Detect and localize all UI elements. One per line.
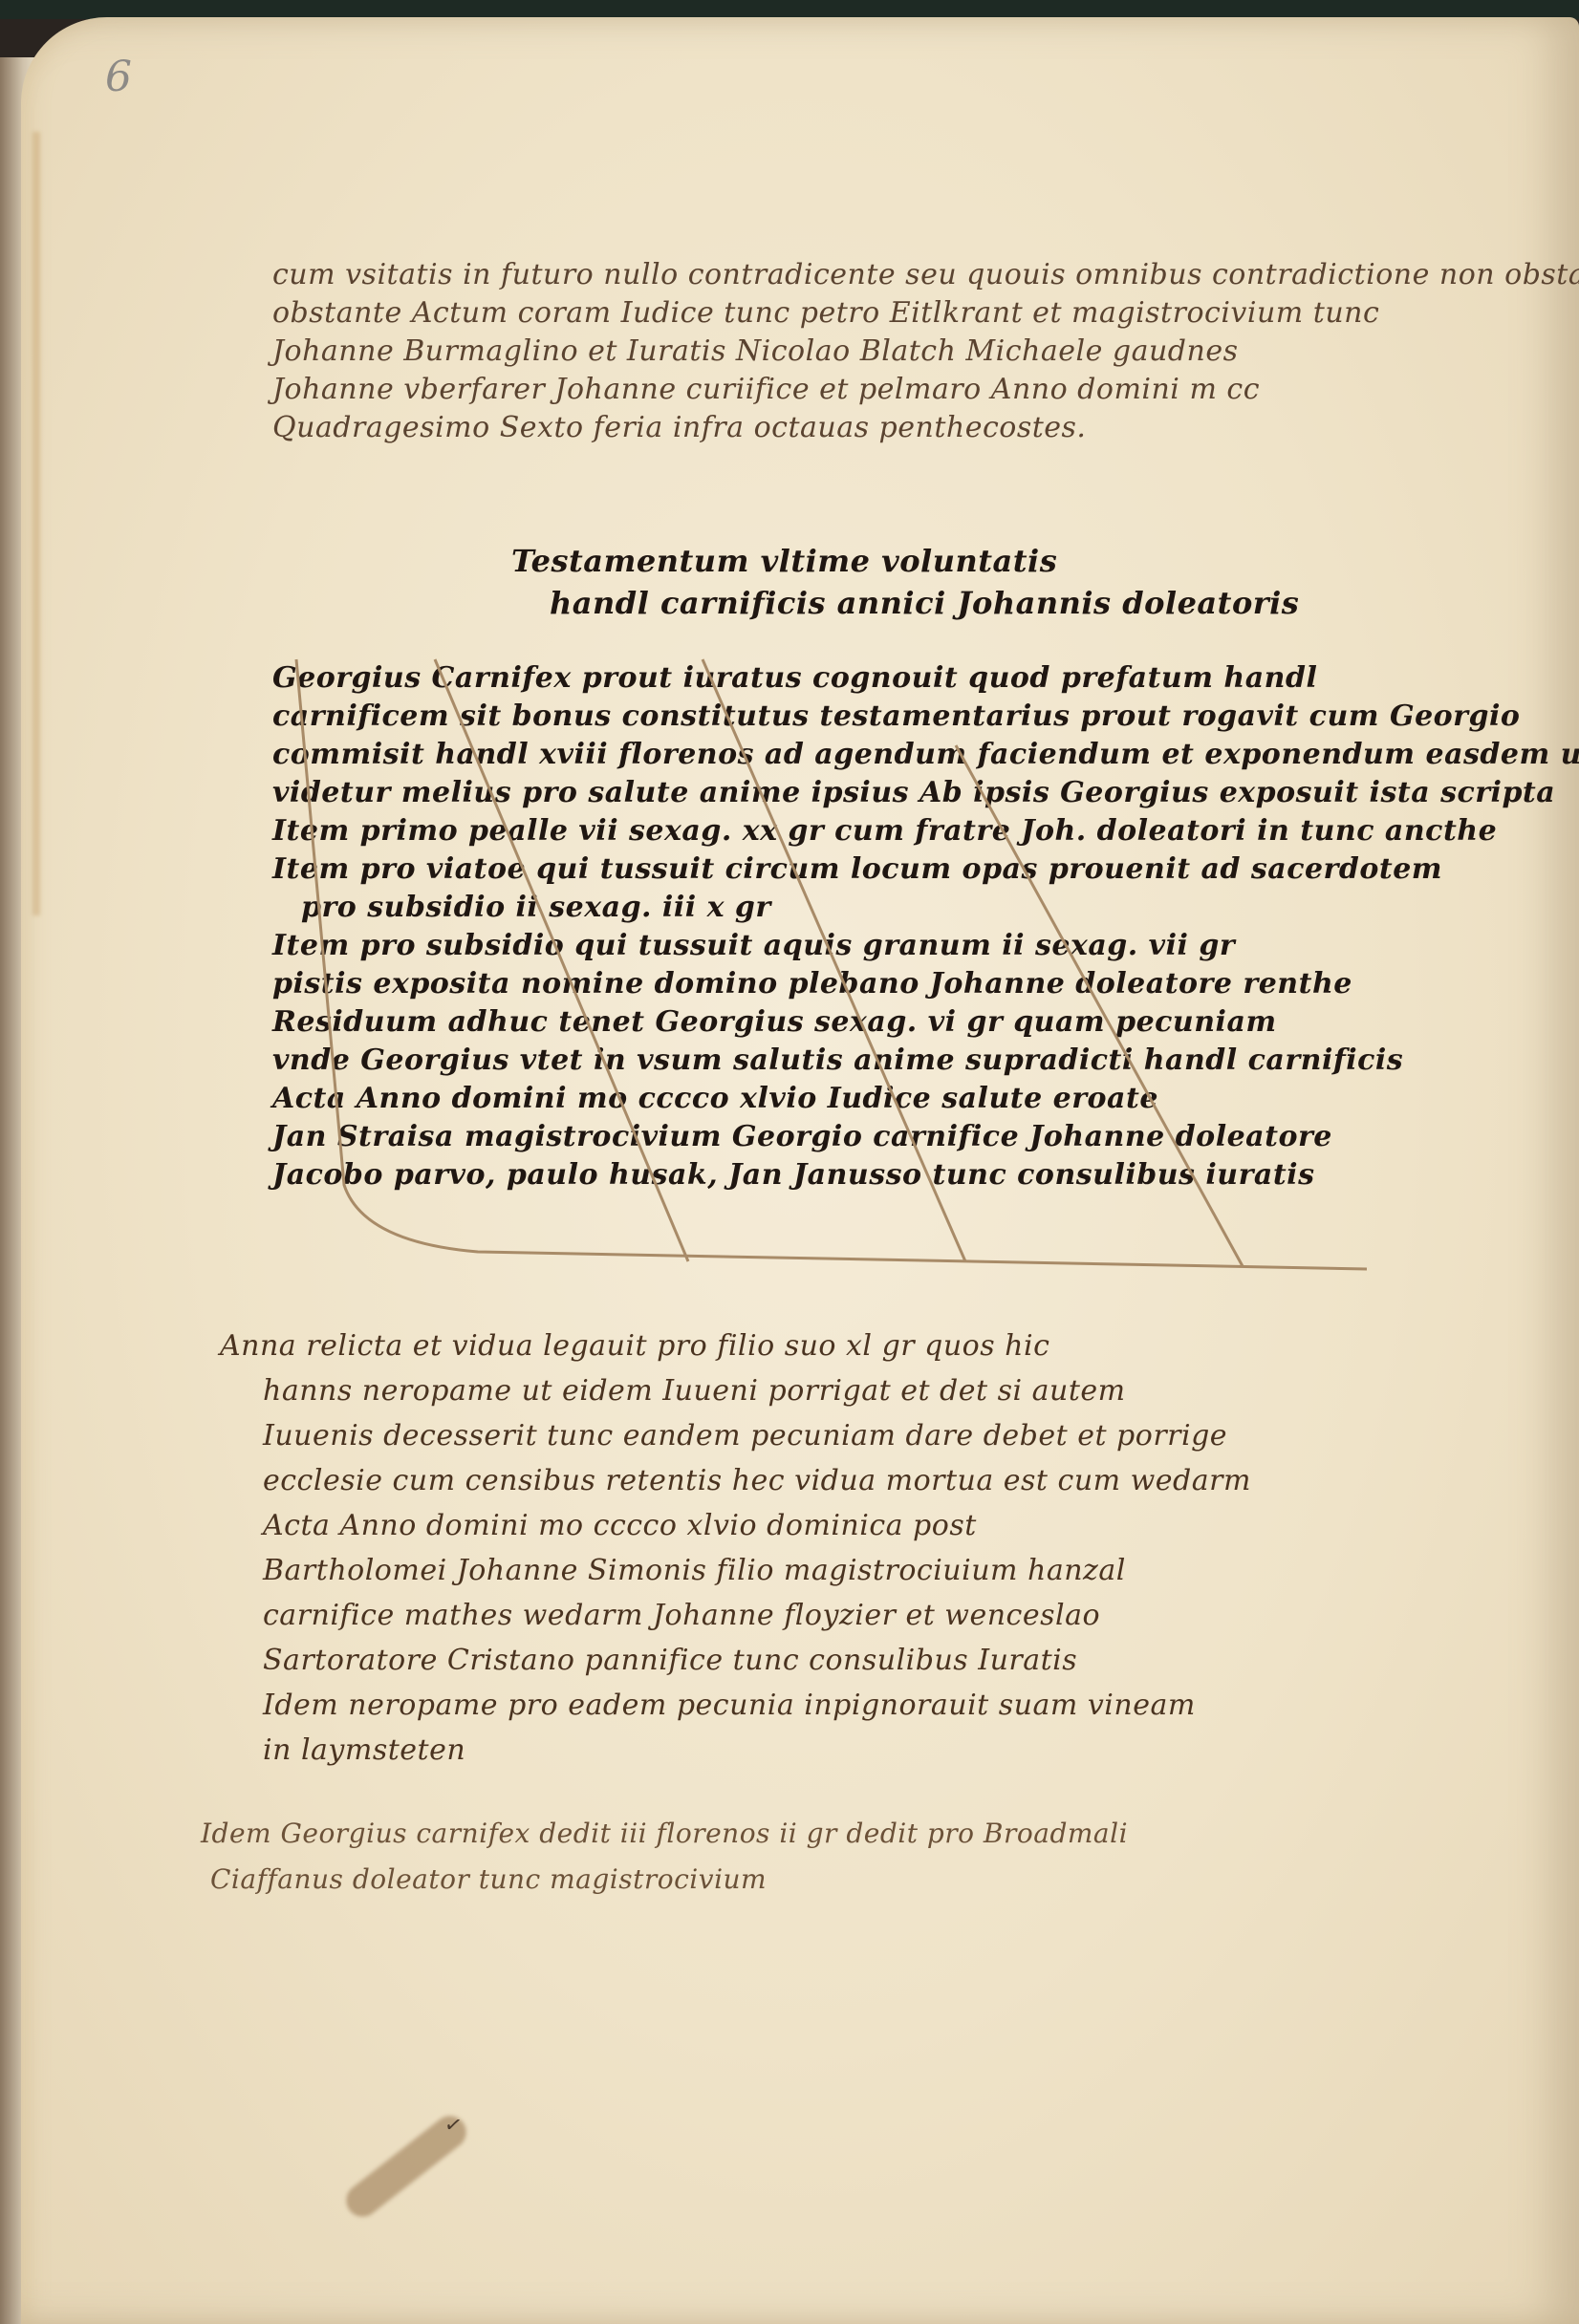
text-line: hanns neropame ut eidem Iuueni porrigat … bbox=[220, 1368, 1251, 1413]
text-line: in laymsteten bbox=[220, 1728, 1251, 1773]
text-line: Quadragesimo Sexto feria infra octauas p… bbox=[272, 409, 1579, 447]
text-line: Johanne Burmaglino et Iuratis Nicolao Bl… bbox=[272, 333, 1579, 371]
text-line: carnificem sit bonus constitutus testame… bbox=[272, 698, 1579, 736]
text-line: Item pro viatoe qui tussuit circum locum… bbox=[272, 850, 1579, 889]
text-line: cum vsitatis in futuro nullo contradicen… bbox=[272, 256, 1579, 294]
text-line: Idem Georgius carnifex dedit iii floreno… bbox=[201, 1811, 1128, 1857]
text-line: Ciaffanus doleator tunc magistrocivium bbox=[201, 1857, 1128, 1903]
text-line: Acta Anno domini mo cccco xlvio dominica… bbox=[220, 1503, 1251, 1548]
text-line: Johanne vberfarer Johanne curiifice et p… bbox=[272, 371, 1579, 409]
testament-heading: Testamentum vltime voluntatis handl carn… bbox=[511, 540, 1299, 624]
text-line: Jan Straisa magistrocivium Georgio carni… bbox=[272, 1118, 1579, 1156]
marginal-note: Idem Georgius carnifex dedit iii floreno… bbox=[201, 1811, 1128, 1903]
text-line: Residuum adhuc tenet Georgius sexag. vi … bbox=[272, 1003, 1579, 1042]
anna-entry: Anna relicta et vidua legauit pro filio … bbox=[220, 1323, 1251, 1773]
water-stain bbox=[32, 132, 40, 915]
heading-line: Testamentum vltime voluntatis bbox=[511, 540, 1299, 582]
text-line: ecclesie cum censibus retentis hec vidua… bbox=[220, 1458, 1251, 1503]
text-line: videtur melius pro salute anime ipsius A… bbox=[272, 774, 1579, 812]
text-line: pro subsidio ii sexag. iii x gr bbox=[272, 889, 1579, 927]
scanner-background bbox=[0, 0, 1579, 19]
text-line: Sartoratore Cristano pannifice tunc cons… bbox=[220, 1638, 1251, 1683]
text-line: Item pro subsidio qui tussuit aquis gran… bbox=[272, 927, 1579, 965]
text-line: commisit handl xviii florenos ad agendum… bbox=[272, 736, 1579, 774]
text-line: obstante Actum coram Iudice tunc petro E… bbox=[272, 294, 1579, 333]
text-line: Jacobo parvo, paulo husak, Jan Janusso t… bbox=[272, 1156, 1579, 1194]
text-line: Iuuenis decesserit tunc eandem pecuniam … bbox=[220, 1413, 1251, 1458]
testament-entry: Georgius Carnifex prout iuratus cognouit… bbox=[272, 659, 1579, 1194]
text-line: Idem neropame pro eadem pecunia inpignor… bbox=[220, 1683, 1251, 1728]
folio-number: 6 bbox=[105, 53, 132, 101]
text-line: Item primo pealle vii sexag. xx gr cum f… bbox=[272, 812, 1579, 850]
text-line: carnifice mathes wedarm Johanne floyzier… bbox=[220, 1593, 1251, 1638]
text-line: pistis exposita nomine domino plebano Jo… bbox=[272, 965, 1579, 1003]
text-line: Acta Anno domini mo cccco xlvio Iudice s… bbox=[272, 1080, 1579, 1118]
text-line: Anna relicta et vidua legauit pro filio … bbox=[220, 1323, 1251, 1368]
text-line: Georgius Carnifex prout iuratus cognouit… bbox=[272, 659, 1579, 698]
heading-line: handl carnificis annici Johannis doleato… bbox=[511, 582, 1299, 624]
top-entry: cum vsitatis in futuro nullo contradicen… bbox=[272, 256, 1579, 447]
text-line: Bartholomei Johanne Simonis filio magist… bbox=[220, 1548, 1251, 1593]
text-line: vnde Georgius vtet in vsum salutis anime… bbox=[272, 1042, 1579, 1080]
